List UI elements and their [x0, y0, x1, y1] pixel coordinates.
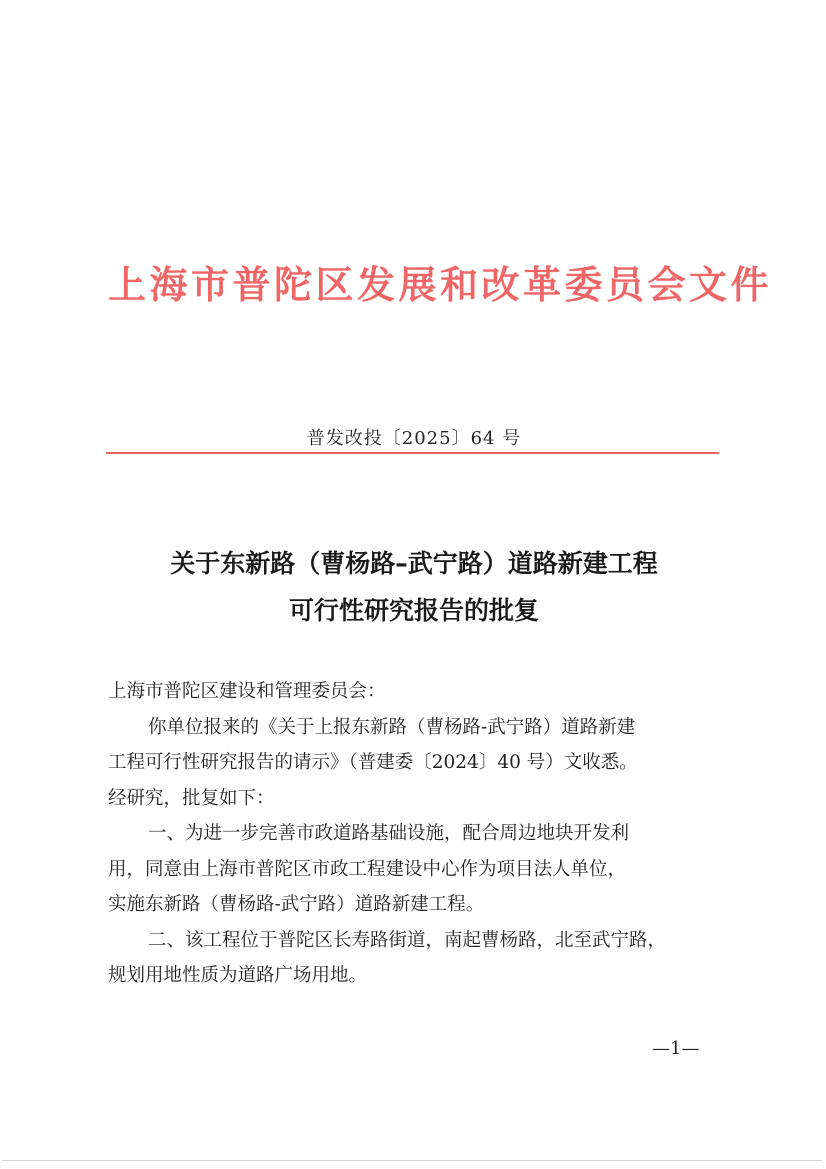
document-title: 关于东新路（曹杨路–武宁路）道路新建工程 可行性研究报告的批复: [108, 540, 720, 634]
document-number: 普发改投〔2025〕64 号: [108, 424, 720, 454]
body-line: 用，同意由上海市普陀区市政工程建设中心作为项目法人单位，: [108, 852, 728, 888]
document-title-line-1: 关于东新路（曹杨路–武宁路）道路新建工程: [108, 540, 720, 587]
body-line: 经研究，批复如下：: [108, 781, 728, 817]
addressee: 上海市普陀区建设和管理委员会：: [108, 674, 728, 710]
body-line: 一、为进一步完善市政道路基础设施，配合周边地块开发利: [108, 816, 728, 852]
body-line: 你单位报来的《关于上报东新路（曹杨路-武宁路）道路新建: [108, 710, 728, 746]
body-line: 二、该工程位于普陀区长寿路街道，南起曹杨路，北至武宁路，: [108, 923, 728, 959]
document-title-line-2: 可行性研究报告的批复: [108, 587, 720, 634]
document-body: 上海市普陀区建设和管理委员会： 你单位报来的《关于上报东新路（曹杨路-武宁路）道…: [108, 674, 728, 994]
document-page: 上海市普陀区发展和改革委员会文件 普发改投〔2025〕64 号 关于东新路（曹杨…: [0, 0, 826, 1169]
issuer-red-header: 上海市普陀区发展和改革委员会文件: [108, 258, 724, 312]
page-bottom-edge: [2, 1160, 822, 1161]
body-line: 规划用地性质为道路广场用地。: [108, 958, 728, 994]
body-line: 工程可行性研究报告的请示》（普建委〔2024〕40 号）文收悉。: [108, 745, 728, 781]
red-divider-line: [106, 452, 719, 454]
body-line: 实施东新路（曹杨路-武宁路）道路新建工程。: [108, 887, 728, 923]
page-number: —1—: [652, 1038, 699, 1059]
